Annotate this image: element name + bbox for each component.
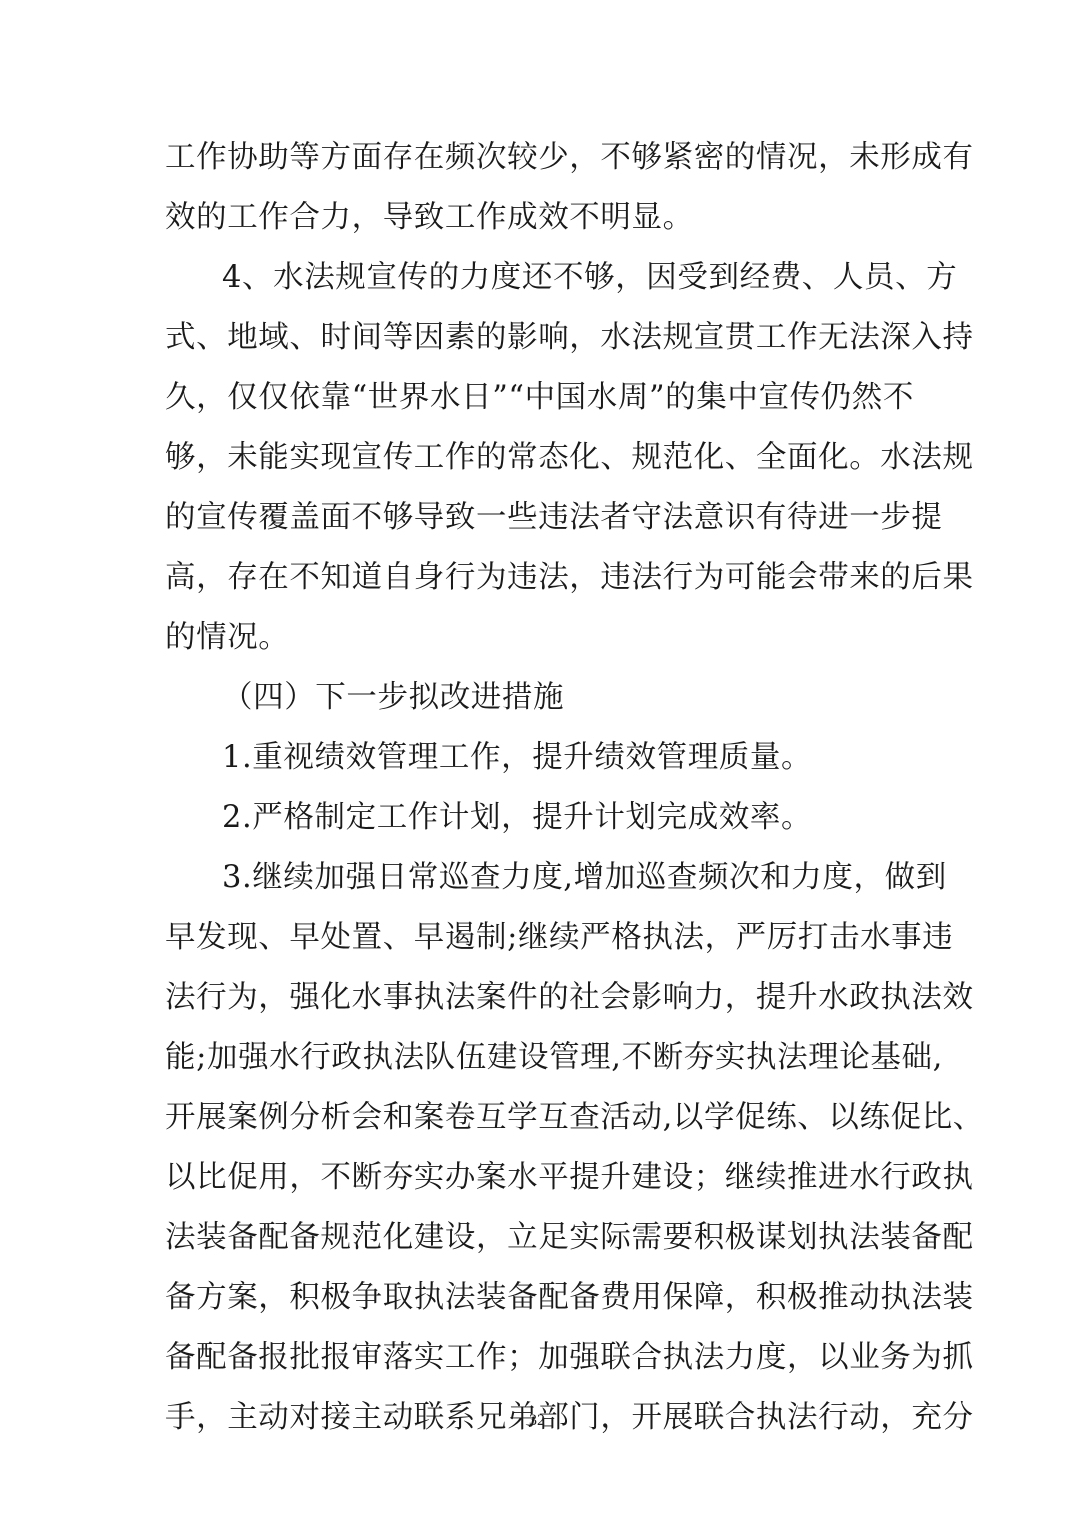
text-line: 高，存在不知道自身行为违法，违法行为可能会带来的后果 [165, 558, 913, 598]
text-line: 备配备报批报审落实工作；加强联合执法力度，以业务为抓 [165, 1338, 913, 1378]
text-line: 法行为，强化水事执法案件的社会影响力，提升水政执法效 [165, 978, 913, 1018]
text-line: 久，仅仅依靠“世界水日”“中国水周”的集中宣传仍然不 [165, 378, 913, 418]
text-line: 开展案例分析会和案卷互学互查活动,以学促练、以练促比、 [165, 1098, 913, 1138]
text-line: 备方案，积极争取执法装备配备费用保障，积极推动执法装 [165, 1278, 913, 1318]
text-line: 式、地域、时间等因素的影响，水法规宣贯工作无法深入持 [165, 318, 913, 358]
text-line: （四）下一步拟改进措施 [222, 678, 913, 718]
text-line: 能;加强水行政执法队伍建设管理,不断夯实执法理论基础, [165, 1038, 913, 1078]
text-line: 的宣传覆盖面不够导致一些违法者守法意识有待进一步提 [165, 498, 913, 538]
text-line: 工作协助等方面存在频次较少，不够紧密的情况，未形成有 [165, 138, 913, 178]
document-page: 工作协助等方面存在频次较少，不够紧密的情况，未形成有效的工作合力，导致工作成效不… [0, 0, 1074, 1520]
text-line: 4、水法规宣传的力度还不够，因受到经费、人员、方 [222, 258, 913, 298]
text-line: 以比促用，不断夯实办案水平提升建设；继续推进水行政执 [165, 1158, 913, 1198]
text-line: 3.继续加强日常巡查力度,增加巡查频次和力度，做到 [222, 858, 913, 898]
page-number: 32 [0, 1412, 1074, 1430]
text-line: 早发现、早处置、早遏制;继续严格执法，严厉打击水事违 [165, 918, 913, 958]
text-line: 效的工作合力，导致工作成效不明显。 [165, 198, 913, 238]
text-line: 2.严格制定工作计划，提升计划完成效率。 [222, 798, 913, 838]
text-line: 法装备配备规范化建设，立足实际需要积极谋划执法装备配 [165, 1218, 913, 1258]
text-line: 够，未能实现宣传工作的常态化、规范化、全面化。水法规 [165, 438, 913, 478]
text-line: 的情况。 [165, 618, 913, 658]
text-line: 1.重视绩效管理工作，提升绩效管理质量。 [222, 738, 913, 778]
